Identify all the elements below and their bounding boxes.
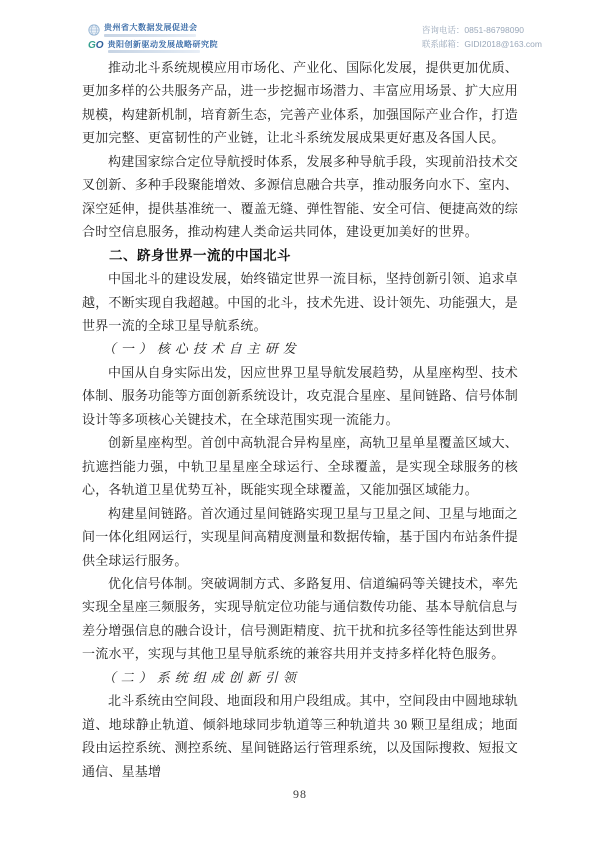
association-name: 贵州省大数据发展促进会 [104, 23, 198, 32]
globe-icon [88, 24, 100, 36]
paragraph: 构建国家综合定位导航授时体系，发展多种导航手段，实现前沿技术交叉创新、多种手段聚… [82, 150, 518, 244]
paragraph: 优化信号体制。突破调制方式、多路复用、信道编码等关键技术，率先实现全星座三频服务… [82, 572, 518, 666]
logo-row-institute: GO 贵阳创新驱动发展战略研究院 [88, 40, 218, 54]
page-number: 98 [0, 787, 600, 802]
phone-label: 咨询电话： [422, 25, 465, 35]
phone-number: 0851-86798090 [464, 25, 524, 35]
association-name-block: 贵州省大数据发展促进会 [104, 23, 198, 37]
paragraph: 中国北斗的建设发展，始终锚定世界一流目标，坚持创新引领、追求卓越，不断实现自我超… [82, 267, 518, 337]
paragraph: 中国从自身实际出发，因应世界卫星导航发展趋势，从星座构型、技术体制、服务功能等方… [82, 361, 518, 431]
paragraph: 北斗系统由空间段、地面段和用户段组成。其中，空间段由中圆地球轨道、地球静止轨道、… [82, 689, 518, 783]
association-subtext-line [104, 34, 196, 37]
email-label: 联系邮箱： [422, 39, 465, 49]
subsection-heading: （二）系统组成创新引领 [82, 666, 518, 689]
institute-name-block: 贵阳创新驱动发展战略研究院 [108, 40, 219, 54]
contact-info: 咨询电话：0851-86798090 联系邮箱：GIDI2018@163.com [422, 23, 542, 51]
logo-row-association: 贵州省大数据发展促进会 [88, 23, 218, 37]
subsection-heading: （一）核心技术自主研发 [82, 337, 518, 360]
contact-phone-row: 咨询电话：0851-86798090 [422, 23, 542, 37]
paragraph: 推动北斗系统规模应用市场化、产业化、国际化发展，提供更加优质、更加多样的公共服务… [82, 56, 518, 150]
institute-name: 贵阳创新驱动发展战略研究院 [108, 40, 219, 49]
document-page: 贵州省大数据发展促进会 GO 贵阳创新驱动发展战略研究院 咨询电话：0851-8… [0, 0, 600, 848]
institute-subtext-line [108, 50, 200, 53]
contact-email-row: 联系邮箱：GIDI2018@163.com [422, 37, 542, 51]
gidi-logo-icon: GO [88, 40, 104, 52]
page-header: 贵州省大数据发展促进会 GO 贵阳创新驱动发展战略研究院 咨询电话：0851-8… [88, 23, 542, 53]
section-heading: 二、跻身世界一流的中国北斗 [82, 244, 518, 267]
email-address: GIDI2018@163.com [464, 39, 542, 49]
document-body: 推动北斗系统规模应用市场化、产业化、国际化发展，提供更加优质、更加多样的公共服务… [82, 56, 518, 783]
paragraph: 构建星间链路。首次通过星间链路实现卫星与卫星之间、卫星与地面之间一体化组网运行，… [82, 502, 518, 572]
paragraph: 创新星座构型。首创中高轨混合异构星座，高轨卫星单星覆盖区域大、抗遮挡能力强，中轨… [82, 431, 518, 501]
logo-block: 贵州省大数据发展促进会 GO 贵阳创新驱动发展战略研究院 [88, 23, 218, 53]
